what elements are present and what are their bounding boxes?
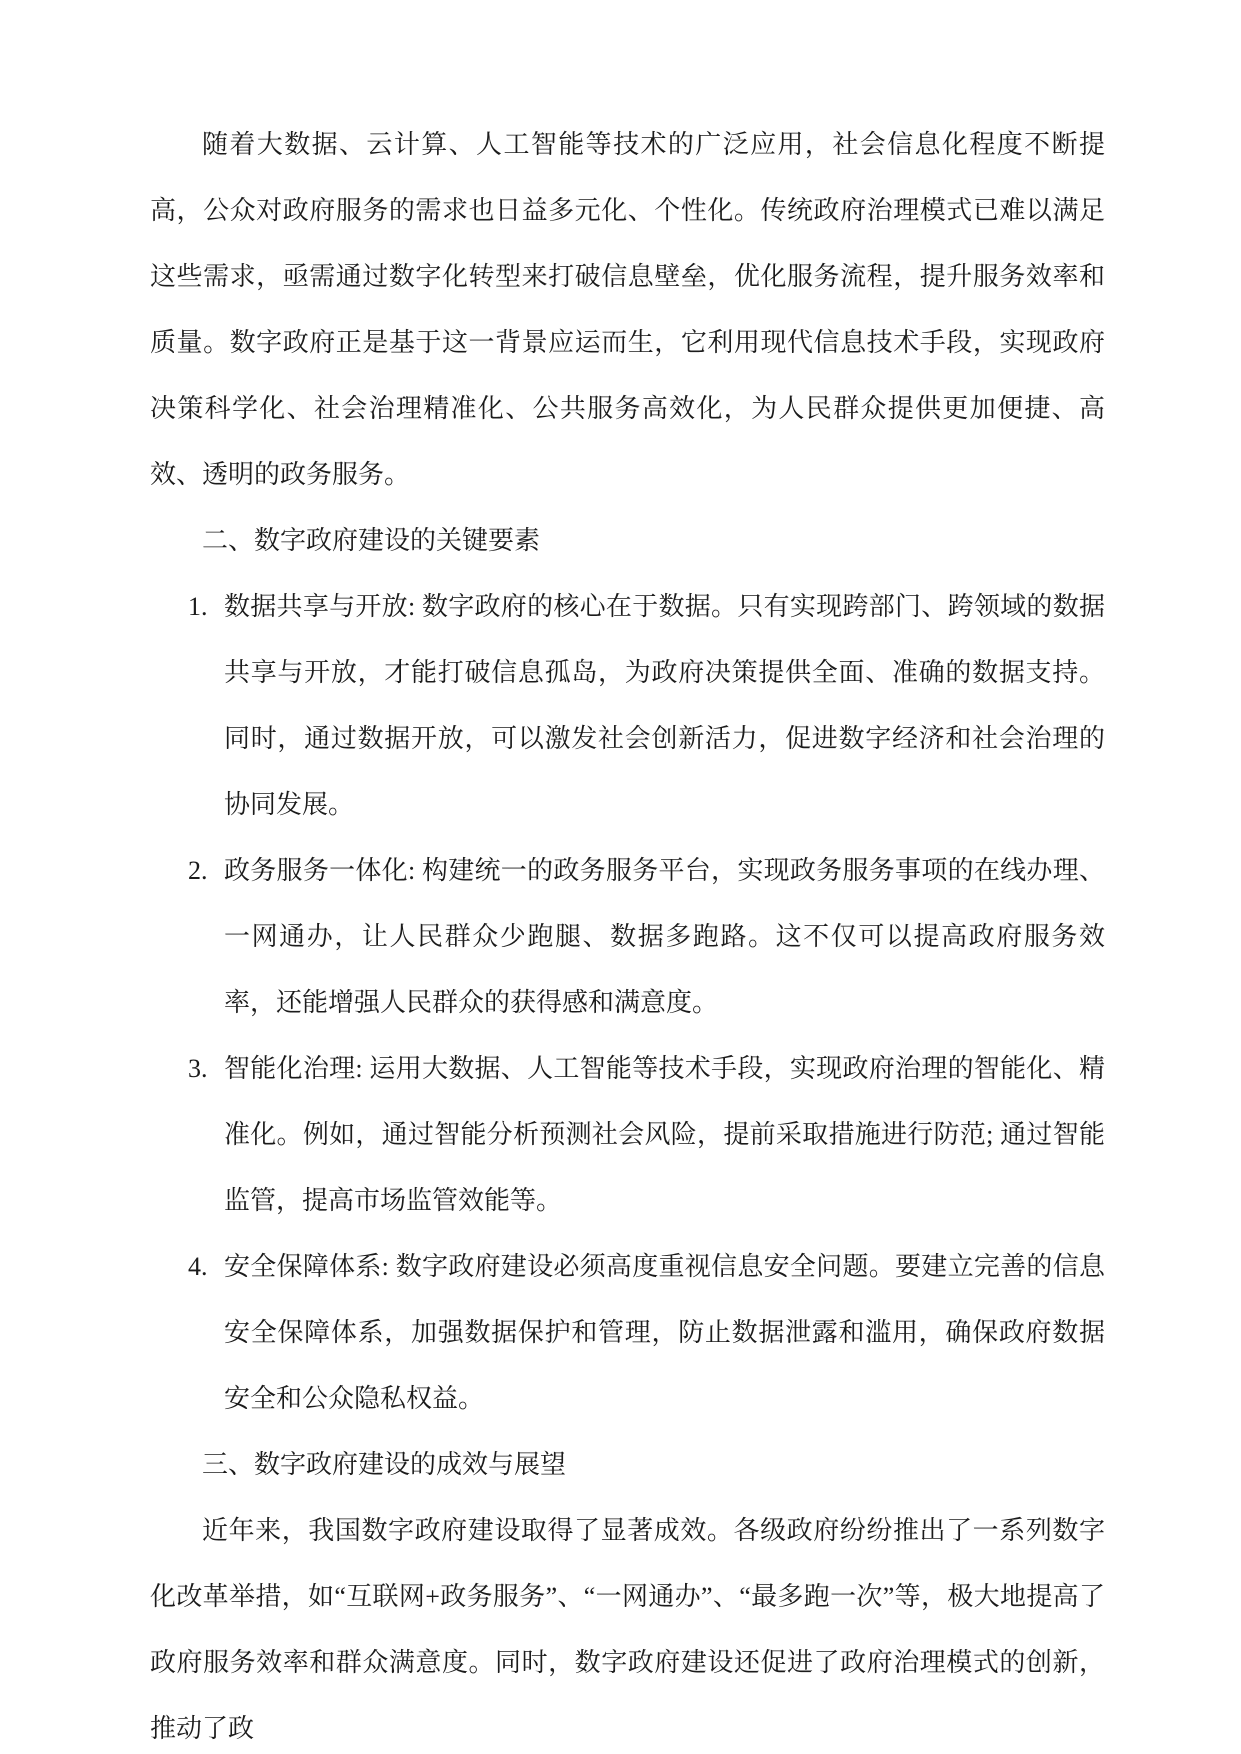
list-item-text: 政务服务一体化: 构建统一的政务服务平台，实现政务服务事项的在线办理、一网通办，… (224, 856, 1105, 1017)
list-item-text: 数据共享与开放: 数字政府的核心在于数据。只有实现跨部门、跨领域的数据共享与开放… (224, 592, 1105, 819)
numbered-list-item-1: 1. 数据共享与开放: 数字政府的核心在于数据。只有实现跨部门、跨领域的数据共享… (150, 574, 1105, 838)
numbered-list-item-3: 3. 智能化治理: 运用大数据、人工智能等技术手段，实现政府治理的智能化、精准化… (150, 1036, 1105, 1234)
list-item-number: 4. (188, 1234, 208, 1300)
list-item-number: 3. (188, 1036, 208, 1102)
numbered-list-item-4: 4. 安全保障体系: 数字政府建设必须高度重视信息安全问题。要建立完善的信息安全… (150, 1234, 1105, 1432)
numbered-list-item-2: 2. 政务服务一体化: 构建统一的政务服务平台，实现政务服务事项的在线办理、一网… (150, 838, 1105, 1036)
document-page: 随着大数据、云计算、人工智能等技术的广泛应用，社会信息化程度不断提高，公众对政府… (0, 0, 1241, 1754)
list-item-number: 2. (188, 838, 208, 904)
paragraph-conclusion: 近年来，我国数字政府建设取得了显著成效。各级政府纷纷推出了一系列数字化改革举措，… (150, 1498, 1105, 1754)
section-heading-3: 三、数字政府建设的成效与展望 (150, 1432, 1105, 1498)
list-item-number: 1. (188, 574, 208, 640)
section-heading-2: 二、数字政府建设的关键要素 (150, 508, 1105, 574)
list-item-text: 智能化治理: 运用大数据、人工智能等技术手段，实现政府治理的智能化、精准化。例如… (224, 1054, 1105, 1215)
paragraph-intro: 随着大数据、云计算、人工智能等技术的广泛应用，社会信息化程度不断提高，公众对政府… (150, 112, 1105, 508)
list-item-text: 安全保障体系: 数字政府建设必须高度重视信息安全问题。要建立完善的信息安全保障体… (224, 1252, 1105, 1413)
